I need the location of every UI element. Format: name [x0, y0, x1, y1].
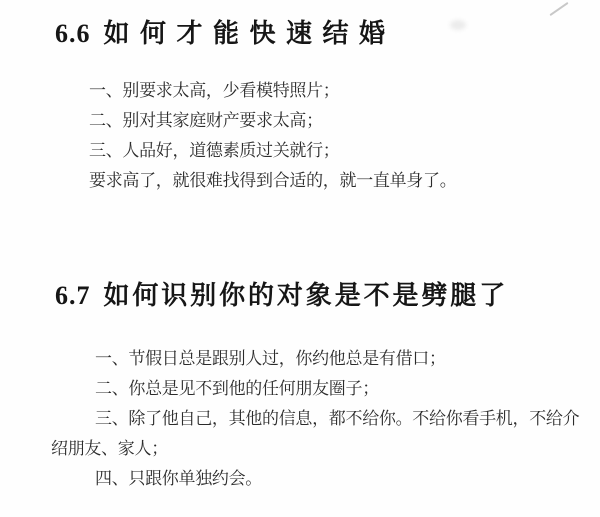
section-heading-6-6: 6.6如何才能快速结婚 [55, 17, 396, 51]
body-line: 三、人品好，道德素质过关就行； [53, 136, 573, 166]
section-number: 6.6 [55, 19, 91, 48]
body-line: 一、节假日总是跟别人过，你约他总是有借口； [51, 344, 586, 374]
pen-mark-artifact [549, 2, 568, 16]
body-line: 二、别对其家庭财产要求太高； [53, 106, 573, 136]
section-title: 如何才能快速结婚 [104, 19, 396, 48]
body-line: 三、除了他自己，其他的信息，都不给你。不给你看手机，不给介 [51, 404, 586, 434]
section-body-6-6: 一、别要求太高，少看模特照片； 二、别对其家庭财产要求太高； 三、人品好，道德素… [53, 76, 573, 196]
section-heading-6-7: 6.7如何识别你的对象是不是劈腿了 [55, 279, 508, 313]
body-line: 四、只跟你单独约会。 [51, 464, 586, 494]
scanned-book-page: 6.6如何才能快速结婚 一、别要求太高，少看模特照片； 二、别对其家庭财产要求太… [0, 0, 600, 517]
body-line: 二、你总是见不到他的任何朋友圈子； [51, 374, 586, 404]
body-line: 要求高了，就很难找得到合适的，就一直单身了。 [53, 166, 573, 196]
body-line: 一、别要求太高，少看模特照片； [53, 76, 573, 106]
scan-smudge-artifact [450, 20, 466, 30]
body-line-continuation: 绍朋友、家人； [51, 434, 586, 464]
section-title: 如何识别你的对象是不是劈腿了 [104, 281, 509, 310]
section-number: 6.7 [55, 281, 91, 310]
section-body-6-7: 一、节假日总是跟别人过，你约他总是有借口； 二、你总是见不到他的任何朋友圈子； … [51, 344, 586, 494]
